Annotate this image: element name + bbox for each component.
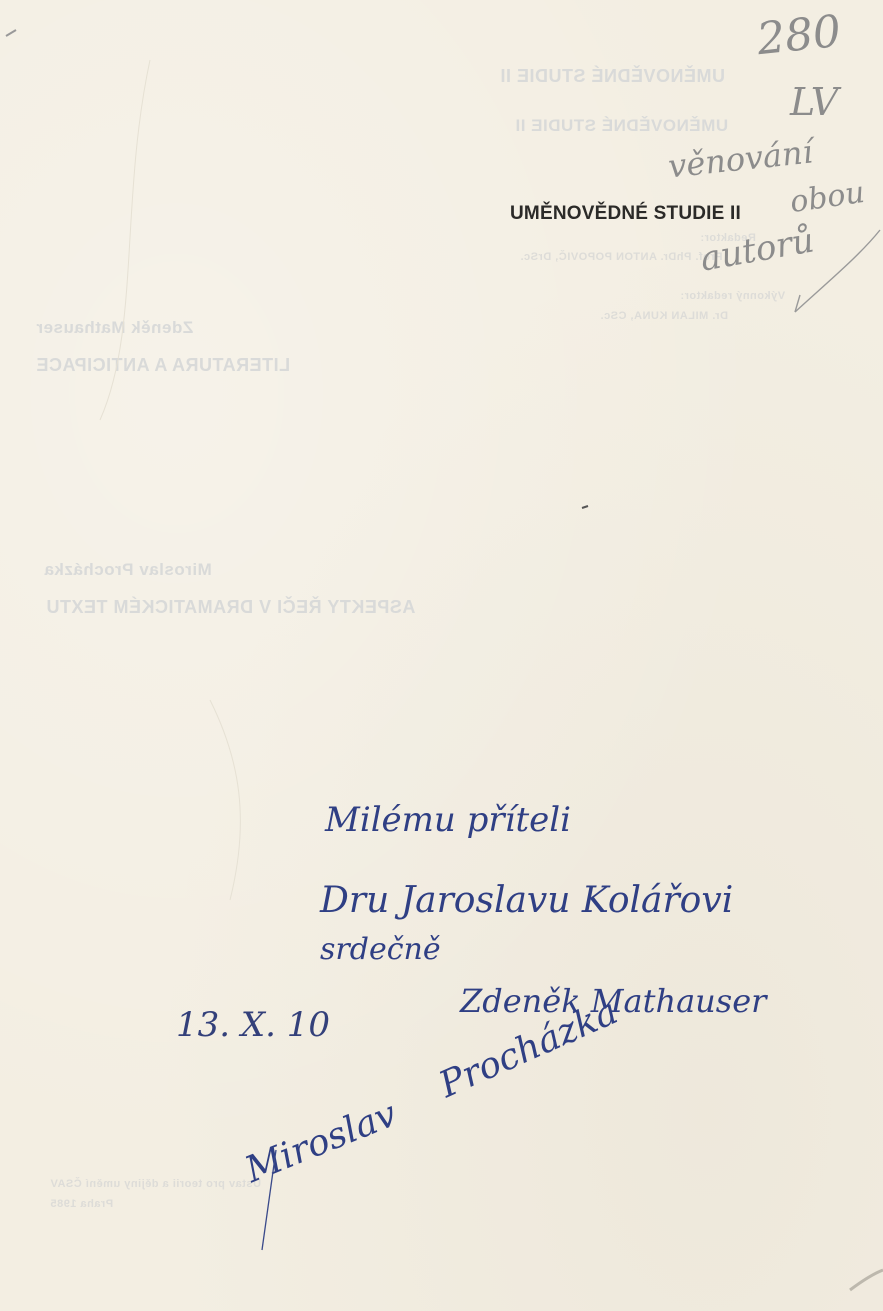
paper-speck-corner <box>6 30 16 36</box>
pencil-diagonal-mark <box>795 230 880 312</box>
page-corner-wear <box>850 1270 883 1290</box>
scanned-page: UMĚNOVĚDNÉ STUDIE II UMĚNOVĚDNÉ STUDIE I… <box>0 0 883 1311</box>
decorative-strokes <box>0 0 883 1311</box>
signature-tail-stroke <box>262 1150 276 1250</box>
paper-speck <box>582 506 588 508</box>
